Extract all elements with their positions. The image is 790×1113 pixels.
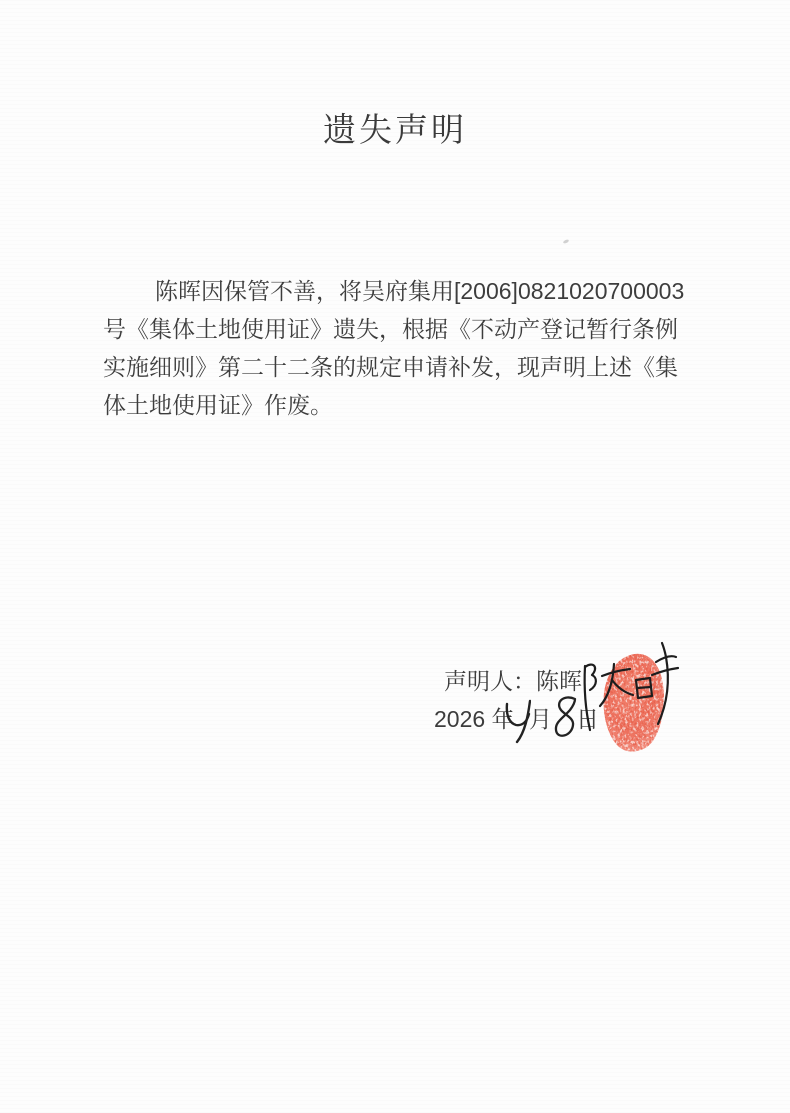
body-paragraph: 陈晖因保管不善，将吴府集用[2006]0821020700003 号《集体土地使…: [103, 272, 685, 424]
declarant-line: 声明人：陈晖: [444, 667, 582, 695]
document-title: 遗失声明: [0, 112, 790, 148]
stray-scan-speck: [563, 239, 570, 244]
handwritten-month-digit: [503, 698, 531, 744]
body-line-2: 号《集体土地使用证》遗失，根据《不动产登记暂行条例: [103, 310, 685, 348]
scan-texture: [0, 0, 790, 1113]
body-line-4: 体土地使用证》作废。: [103, 386, 685, 424]
body-line-3: 实施细则》第二十二条的规定申请补发，现声明上述《集: [103, 348, 685, 386]
date-month-label: 月: [529, 705, 552, 733]
body-line-1: 陈晖因保管不善，将吴府集用[2006]0821020700003: [103, 272, 685, 310]
scanned-document-page: { "page": { "background_color": "#fdfdfd…: [0, 0, 790, 1113]
handwritten-signature: [576, 640, 680, 738]
